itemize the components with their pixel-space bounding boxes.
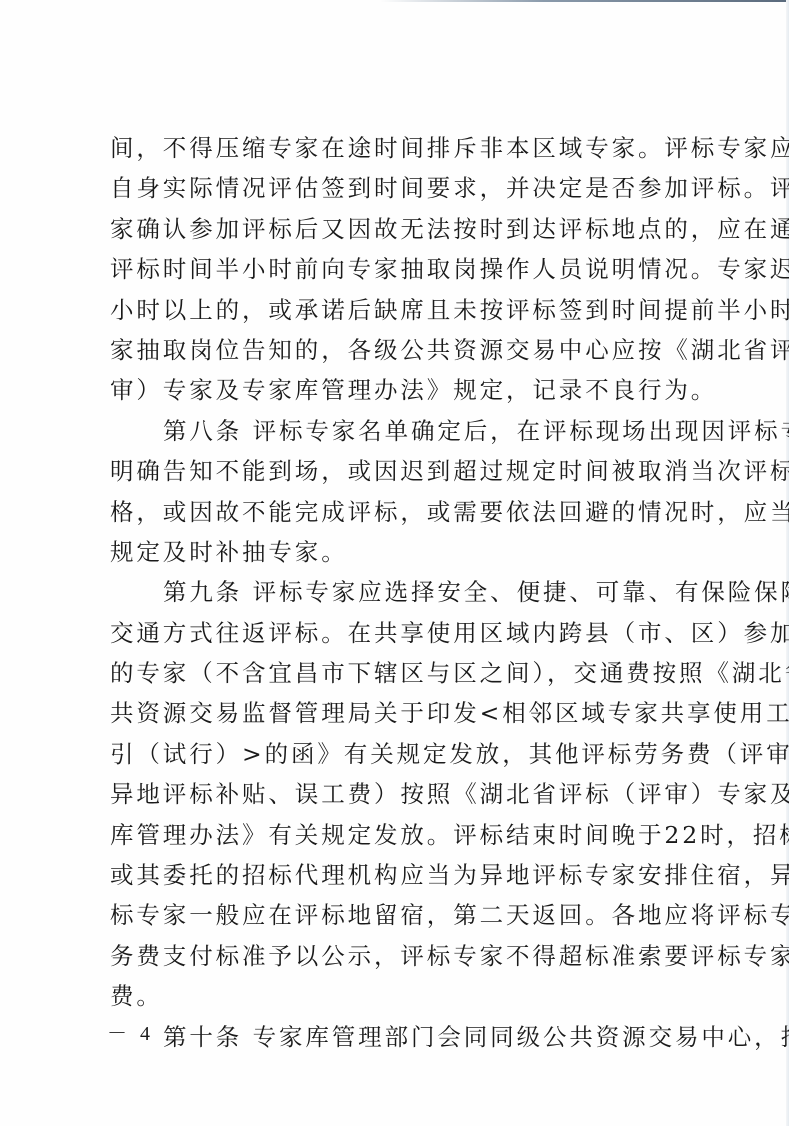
- text-line: 格，或因故不能完成评标，或需要依法回避的情况时，应当按照: [110, 492, 700, 532]
- text-line: 务费支付标准予以公示，评标专家不得超标准索要评标专家劳务: [110, 936, 700, 976]
- scan-top-edge: [380, 0, 789, 2]
- text-line: 明确告知不能到场，或因迟到超过规定时间被取消当次评标资: [110, 451, 700, 491]
- text-line: 第八条 评标专家名单确定后，在评标现场出现因评标专家: [110, 411, 700, 451]
- document-body: 间，不得压缩专家在途时间排斥非本区域专家。评标专家应根据 自身实际情况评估签到时…: [110, 128, 700, 1057]
- text-line: 第九条 评标专家应选择安全、便捷、可靠、有保险保障的: [110, 572, 700, 612]
- article-8: 第八条 评标专家名单确定后，在评标现场出现因评标专家 明确告知不能到场，或因迟到…: [110, 411, 700, 573]
- text-line: 规定及时补抽专家。: [110, 532, 700, 572]
- text-line: 家确认参加评标后又因故无法按时到达评标地点的，应在通知的: [110, 209, 700, 249]
- text-line: 或其委托的招标代理机构应当为异地评标专家安排住宿，异地评: [110, 855, 700, 895]
- text-line: 交通方式往返评标。在共享使用区域内跨县（市、区）参加评标: [110, 613, 700, 653]
- text-line: 审）专家及专家库管理办法》规定，记录不良行为。: [110, 370, 700, 410]
- text-line: 共资源交易监督管理局关于印发<相邻区域专家共享使用工作指: [110, 693, 700, 733]
- text-line: 自身实际情况评估签到时间要求，并决定是否参加评标。评标专: [110, 168, 700, 208]
- text-line: 库管理办法》有关规定发放。评标结束时间晚于22时，招标人: [110, 815, 700, 855]
- text-line: 第十条 专家库管理部门会同同级公共资源交易中心，推进: [110, 1017, 700, 1057]
- text-line: 引（试行）>的函》有关规定发放，其他评标劳务费（评审费、: [110, 734, 700, 774]
- text-line: 的专家（不含宜昌市下辖区与区之间），交通费按照《湖北省公: [110, 653, 700, 693]
- text-line: 费。: [110, 976, 700, 1016]
- article-9: 第九条 评标专家应选择安全、便捷、可靠、有保险保障的 交通方式往返评标。在共享使…: [110, 572, 700, 1016]
- page-number: － 4 －: [107, 1017, 187, 1046]
- text-line: 家抽取岗位告知的，各级公共资源交易中心应按《湖北省评标（评: [110, 330, 700, 370]
- text-line: 标专家一般应在评标地留宿，第二天返回。各地应将评标专家劳: [110, 895, 700, 935]
- article-10: 第十条 专家库管理部门会同同级公共资源交易中心，推进: [110, 1017, 700, 1057]
- paragraph-continuation: 间，不得压缩专家在途时间排斥非本区域专家。评标专家应根据 自身实际情况评估签到时…: [110, 128, 700, 411]
- text-line: 异地评标补贴、误工费）按照《湖北省评标（评审）专家及专家: [110, 774, 700, 814]
- text-line: 间，不得压缩专家在途时间排斥非本区域专家。评标专家应根据: [110, 128, 700, 168]
- text-line: 小时以上的，或承诺后缺席且未按评标签到时间提前半小时向专: [110, 290, 700, 330]
- text-line: 评标时间半小时前向专家抽取岗操作人员说明情况。专家迟到半: [110, 249, 700, 289]
